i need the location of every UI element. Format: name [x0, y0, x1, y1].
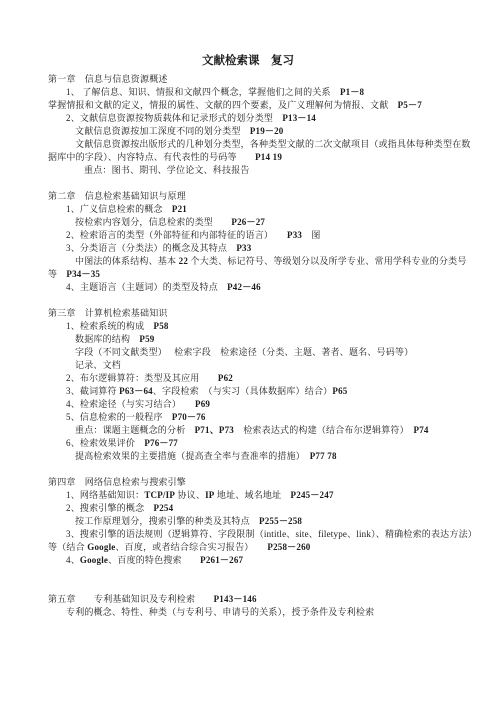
text-segment: 4、	[66, 555, 80, 565]
bold-segment: P33	[287, 230, 302, 240]
doc-line: 数据库的结构 P59	[48, 333, 482, 346]
doc-line: 文献信息资源按出版形式的几种划分类型，各种类型文献的二次文献项目（或指具体每种类…	[48, 138, 482, 151]
bold-segment: P74	[414, 425, 429, 435]
text-segment: 等	[48, 269, 66, 279]
text-segment: 2、文献信息资源按物质载体和记录形式的划分类型	[66, 113, 282, 123]
bold-segment: P65	[332, 386, 347, 396]
doc-line: 等 P34－35	[48, 268, 482, 281]
bold-segment: P63－64	[119, 386, 153, 396]
text-segment: 第二章 信息检索基础知识与原理	[48, 191, 186, 201]
bold-segment: P245－247	[291, 490, 334, 500]
text-segment: 6、检索效果评价	[66, 438, 144, 448]
doc-line: 中图法的体系结构、基本 22 个大类、标记符号、等级划分以及所学专业、常用学科专…	[48, 255, 482, 268]
bold-segment: P33	[236, 243, 251, 253]
bold-segment: P143－146	[214, 594, 257, 604]
text-segment: 1、 了解信息、知识、情报和文献四个概念，掌握他们之间的关系	[66, 87, 340, 97]
doc-line: 1、网络基础知识：TCP/IP 协议、IP 地址、域名地址 P245－247	[48, 489, 482, 502]
text-segment: 3、分类语言（分类法）的概念及其特点	[66, 243, 236, 253]
chapter-section: 第二章 信息检索基础知识与原理1、广义信息检索的概念 P21按检索内容划分，信息…	[48, 190, 482, 294]
doc-line: 按工作原理划分，搜索引擎的种类及其特点 P255－258	[48, 515, 482, 528]
text-segment: 提高检索效果的主要措施（提高查全率与查准率的措施）	[75, 451, 310, 461]
document-page: 文献检索课 复习 第一章 信息与信息资源概述1、 了解信息、知识、情报和文献四个…	[0, 0, 496, 702]
chapter-heading: 第三章 计算机检索基础知识	[48, 307, 482, 320]
bold-segment: P255－258	[259, 516, 302, 526]
bold-segment: P14 19	[255, 152, 282, 162]
chapter-section: 第四章 网络信息检索与搜索引擎1、网络基础知识：TCP/IP 协议、IP 地址、…	[48, 476, 482, 567]
chapter-section: 第五章 专利基础知识及专利检索 P143－146专利的概念、特性、种类（与专利号…	[48, 593, 482, 619]
chapter-section: 第一章 信息与信息资源概述1、 了解信息、知识、情报和文献四个概念，掌握他们之间…	[48, 73, 482, 177]
chapter-section: 第三章 计算机检索基础知识1、检索系统的构成 P58数据库的结构 P59字段（不…	[48, 307, 482, 463]
text-segment: 按检索内容划分，信息检索的类型	[75, 217, 231, 227]
doc-line: 2、检索语言的类型（外部特征和内部特征的语言） P33 图	[48, 229, 482, 242]
bold-segment: P19－20	[250, 126, 284, 136]
doc-line: 4、Google、百度的特色搜索 P261－267	[48, 554, 482, 567]
text-segment: 4、主题语言（主题词）的类型及特点	[66, 282, 227, 292]
bold-segment: P58	[154, 321, 169, 331]
doc-line: 专利的概念、特性、种类（与专利号、申请号的关系），授予条件及专利检索	[48, 606, 482, 619]
text-segment: 2、检索语言的类型（外部特征和内部特征的语言）	[66, 230, 287, 240]
doc-line: 2、文献信息资源按物质载体和记录形式的划分类型 P13－14	[48, 112, 482, 125]
text-segment: 协议、	[175, 490, 205, 500]
text-segment: 3、截词算符	[66, 386, 119, 396]
text-segment: 按工作原理划分，搜索引擎的种类及其特点	[75, 516, 259, 526]
bold-segment: P5－7	[398, 100, 422, 110]
doc-line: 等（结合 Google、百度，或者结合综合实习报告） P258－260	[48, 541, 482, 554]
text-segment: 地址、域名地址	[214, 490, 290, 500]
doc-line: 6、检索效果评价 P76－77	[48, 437, 482, 450]
text-segment: 第五章 专利基础知识及专利检索	[48, 594, 214, 604]
bold-segment: P77 78	[310, 451, 337, 461]
bold-segment: P34－35	[66, 269, 100, 279]
text-segment: 数据库的结构	[75, 334, 139, 344]
doc-line: 掌握情报和文献的定义，情报的属性、文献的四个要素，及广义理解何为情报、文献 P5…	[48, 99, 482, 112]
text-segment: 4、检索途径（与实习结合）	[66, 399, 195, 409]
bold-segment: P258－260	[267, 542, 310, 552]
text-segment: 第四章 网络信息检索与搜索引擎	[48, 477, 186, 487]
chapter-heading: 第五章 专利基础知识及专利检索 P143－146	[48, 593, 482, 606]
text-segment: 、字段检索 （与实习（具体数据库）结合）	[153, 386, 333, 396]
doc-line: 文献信息资源按加工深度不同的划分类型 P19－20	[48, 125, 482, 138]
doc-line: 4、检索途径（与实习结合） P69	[48, 398, 482, 411]
text-segment: 文献信息资源按加工深度不同的划分类型	[75, 126, 250, 136]
text-segment: 记录、文档	[75, 360, 121, 370]
chapter-heading: 第一章 信息与信息资源概述	[48, 73, 482, 86]
text-segment: 掌握情报和文献的定义，情报的属性、文献的四个要素，及广义理解何为情报、文献	[48, 100, 398, 110]
text-segment: 2、布尔逻辑算符：类型及其应用	[66, 373, 218, 383]
bold-segment: Google	[87, 542, 115, 552]
bold-segment: P71、P73	[195, 425, 234, 435]
text-segment: 1、网络基础知识：	[66, 490, 144, 500]
doc-line: 3、截词算符 P63－64、字段检索 （与实习（具体数据库）结合）P65	[48, 385, 482, 398]
bold-segment: Google	[80, 555, 108, 565]
doc-line: 1、检索系统的构成 P58	[48, 320, 482, 333]
doc-line: 3、分类语言（分类法）的概念及其特点 P33	[48, 242, 482, 255]
doc-line: 4、主题语言（主题词）的类型及特点 P42－46	[48, 281, 482, 294]
doc-line: 1、广义信息检索的概念 P21	[48, 203, 482, 216]
doc-line: 2、搜索引擎的概念 P254	[48, 502, 482, 515]
bold-segment: P261－267	[200, 555, 243, 565]
bold-segment: P42－46	[227, 282, 261, 292]
text-segment: 3、搜索引擎的语法规则（逻辑算符、字段限制（intitle、site、filet…	[66, 529, 477, 539]
bold-segment: P13－14	[282, 113, 316, 123]
doc-line: 2、布尔逻辑算符：类型及其应用 P62	[48, 372, 482, 385]
text-segment: 等（结合	[48, 542, 87, 552]
document-title: 文献检索课 复习	[0, 54, 496, 69]
bold-segment: P26－27	[231, 217, 265, 227]
text-segment: 1、检索系统的构成	[66, 321, 154, 331]
doc-line: 据库中的字段）、内容特点、有代表性的号码等 P14 19	[48, 151, 482, 164]
text-segment: 检索表达式的构建（结合布尔逻辑算符）	[234, 425, 414, 435]
doc-line: 字段（不同文献类型） 检索字段 检索途径（分类、主题、著者、题名、号码等）	[48, 346, 482, 359]
text-segment: 、百度，或者结合综合实习报告）	[115, 542, 267, 552]
doc-line: 重点：图书、期刊、学位论文、科技报告	[48, 164, 482, 177]
bold-segment: P69	[195, 399, 210, 409]
bold-segment: P62	[218, 373, 233, 383]
bold-segment: P76－77	[144, 438, 178, 448]
bold-segment: P254	[154, 503, 174, 513]
text-segment: 第一章 信息与信息资源概述	[48, 74, 168, 84]
bold-segment: P1－8	[340, 87, 364, 97]
text-segment: 重点：图书、期刊、学位论文、科技报告	[84, 165, 250, 175]
bold-segment: TCP/IP	[144, 490, 175, 500]
doc-line: 按检索内容划分，信息检索的类型 P26－27	[48, 216, 482, 229]
chapter-heading: 第二章 信息检索基础知识与原理	[48, 190, 482, 203]
bold-segment: 22	[179, 256, 188, 266]
bold-segment: P70－76	[172, 412, 206, 422]
doc-line: 1、 了解信息、知识、情报和文献四个概念，掌握他们之间的关系 P1－8	[48, 86, 482, 99]
text-segment: 1、广义信息检索的概念	[66, 204, 172, 214]
text-segment: 2、搜索引擎的概念	[66, 503, 154, 513]
text-segment: 文献信息资源按出版形式的几种划分类型，各种类型文献的二次文献项目（或指具体每种类…	[75, 139, 471, 149]
text-segment: 字段（不同文献类型） 检索字段 检索途径（分类、主题、著者、题名、号码等）	[75, 347, 413, 357]
bold-segment: P59	[139, 334, 154, 344]
text-segment: 、百度的特色搜索	[108, 555, 200, 565]
bold-segment: P21	[172, 204, 187, 214]
text-segment: 图	[302, 230, 320, 240]
doc-line: 5、信息检索的一般程序 P70－76	[48, 411, 482, 424]
text-segment: 个大类、标记符号、等级划分以及所学专业、常用学科专业的分类号	[188, 256, 466, 266]
doc-line: 记录、文档	[48, 359, 482, 372]
doc-line: 提高检索效果的主要措施（提高查全率与查准率的措施） P77 78	[48, 450, 482, 463]
text-segment: 专利的概念、特性、种类（与专利号、申请号的关系），授予条件及专利检索	[66, 607, 374, 617]
text-segment: 据库中的字段）、内容特点、有代表性的号码等	[48, 152, 255, 162]
text-segment: 第三章 计算机检索基础知识	[48, 308, 168, 318]
text-segment: 重点：课题主题概念的分析	[75, 425, 195, 435]
document-body: 第一章 信息与信息资源概述1、 了解信息、知识、情报和文献四个概念，掌握他们之间…	[48, 73, 482, 619]
doc-line: 重点：课题主题概念的分析 P71、P73 检索表达式的构建（结合布尔逻辑算符） …	[48, 424, 482, 437]
chapter-heading: 第四章 网络信息检索与搜索引擎	[48, 476, 482, 489]
text-segment: 中图法的体系结构、基本	[75, 256, 179, 266]
doc-line: 3、搜索引擎的语法规则（逻辑算符、字段限制（intitle、site、filet…	[48, 528, 482, 541]
text-segment: 5、信息检索的一般程序	[66, 412, 172, 422]
